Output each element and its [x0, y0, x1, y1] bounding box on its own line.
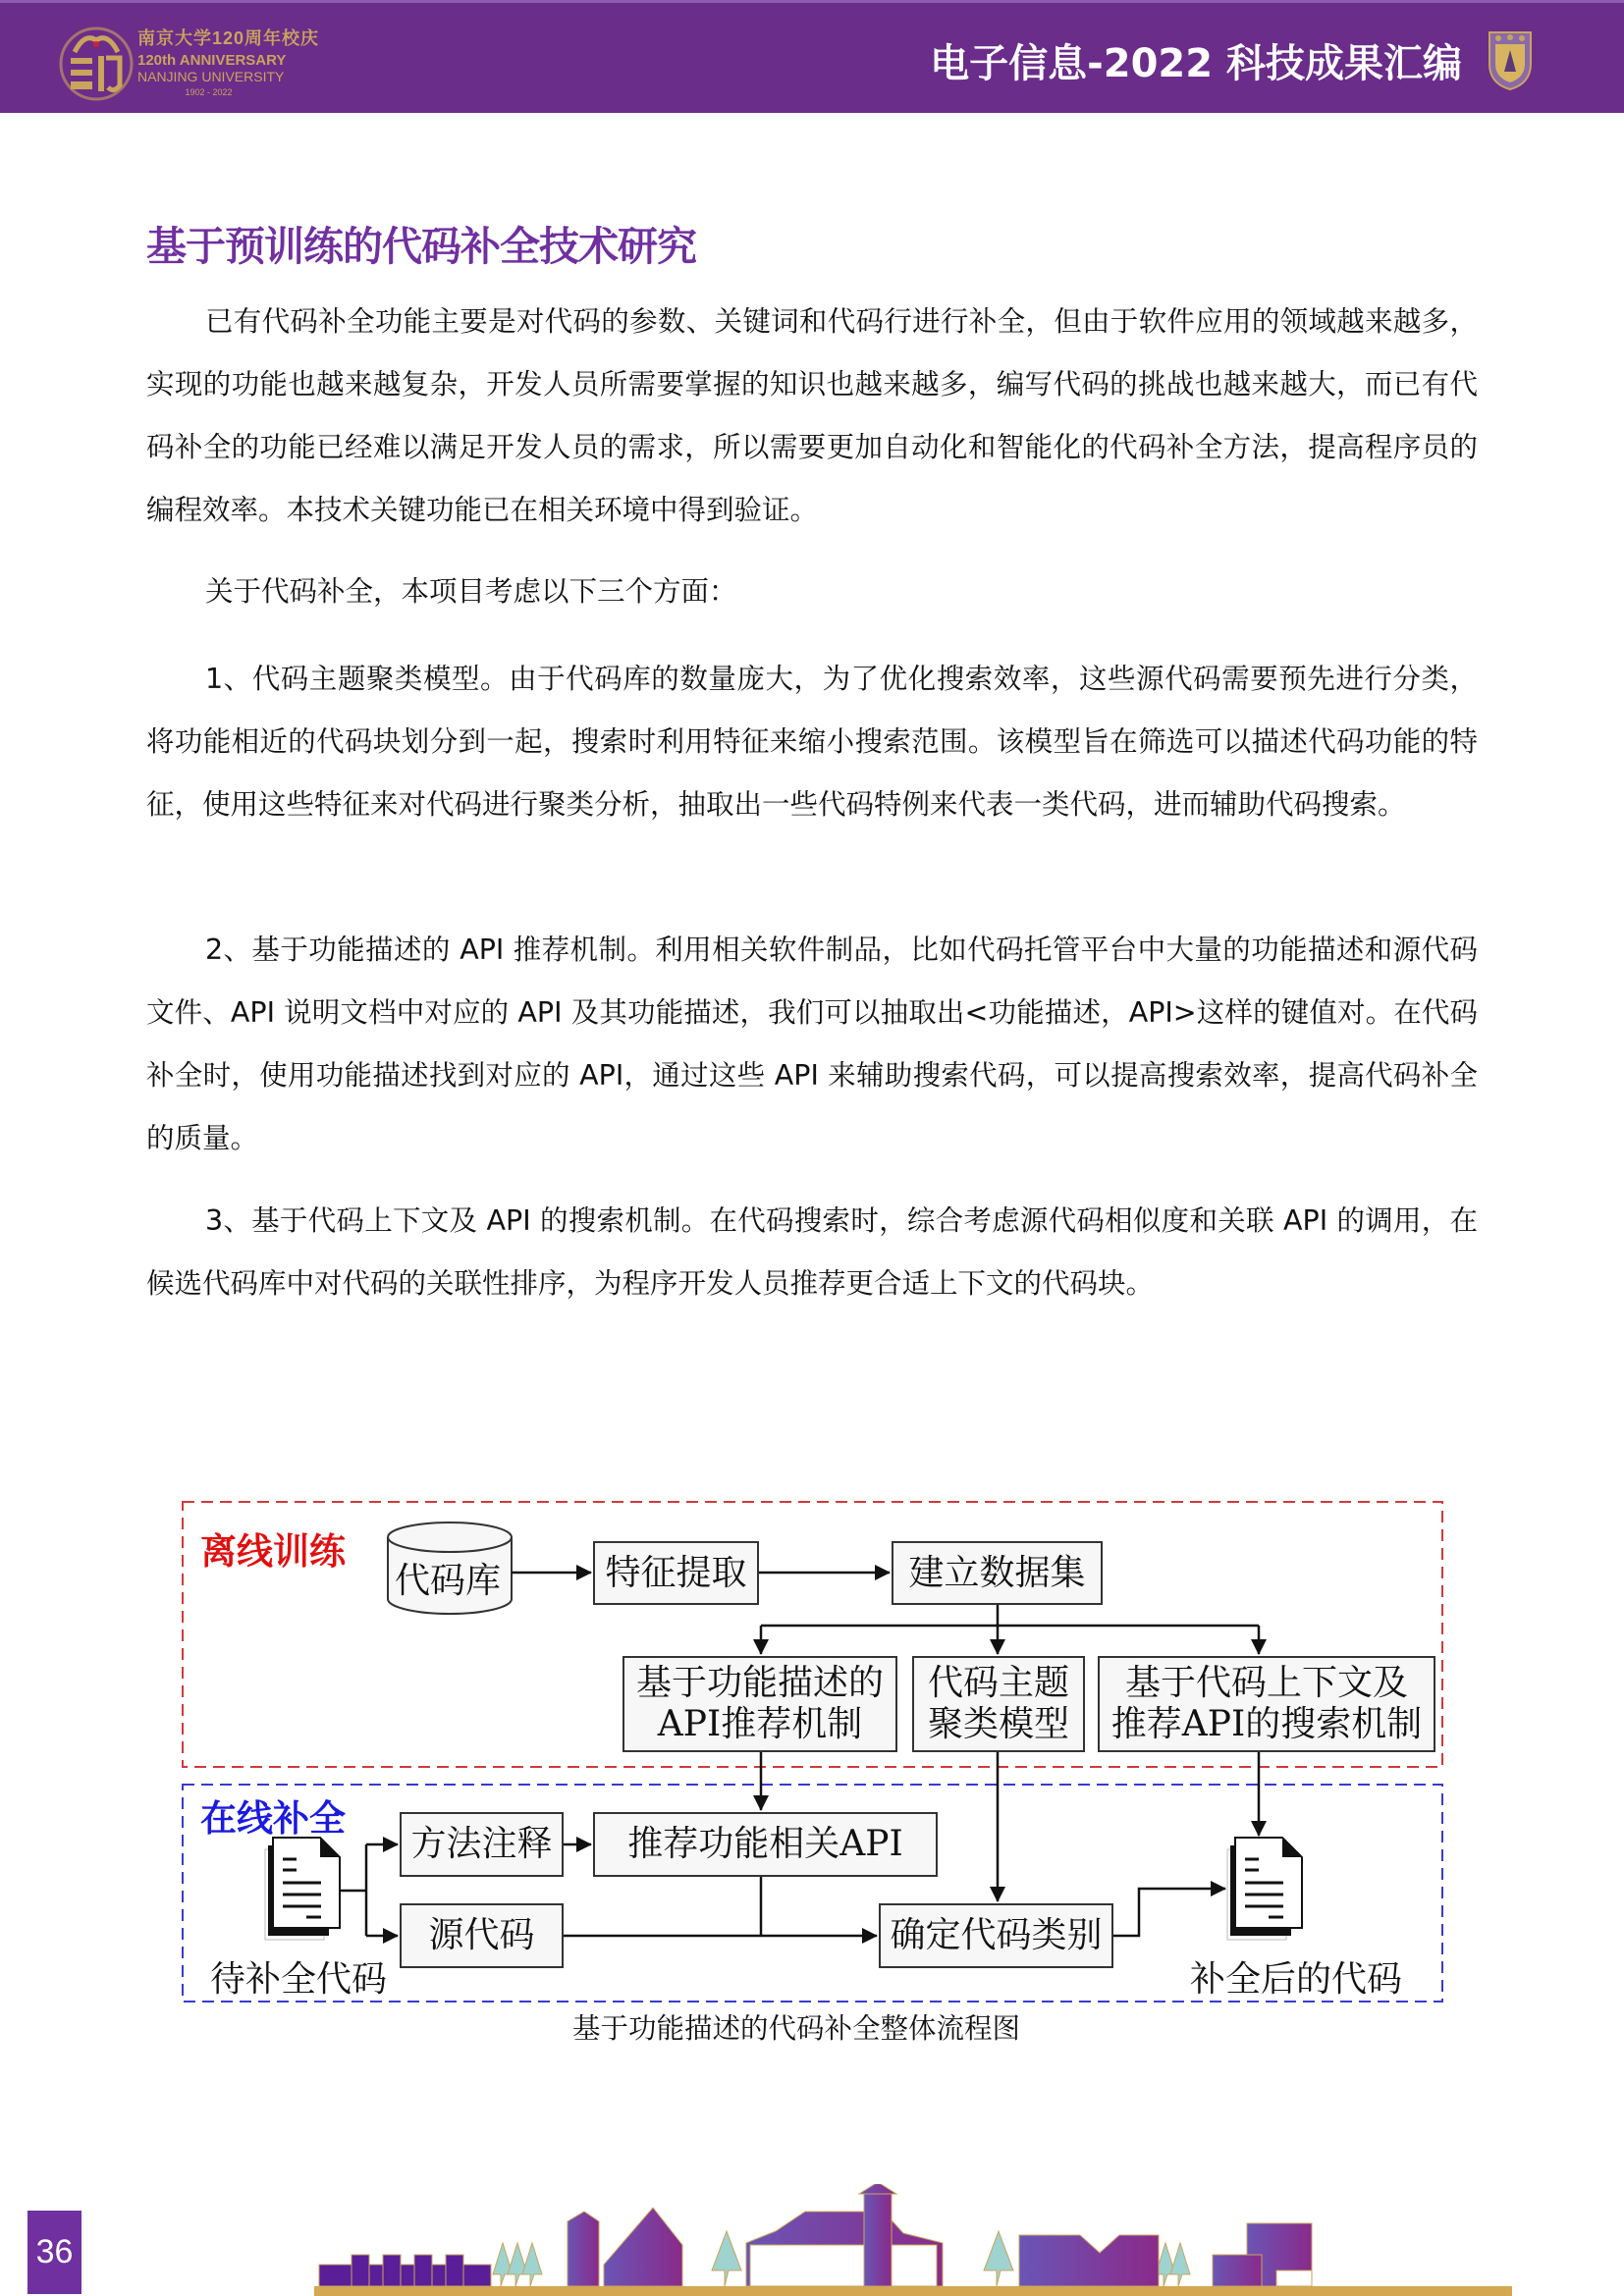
label-input-code: 待补全代码 [210, 1951, 387, 2002]
output-document-icon [1227, 1838, 1302, 1940]
node-source-code: 源代码 [400, 1903, 564, 1968]
node-topic-cluster: 代码主题 聚类模型 [912, 1656, 1085, 1752]
label-output-code: 补全后的代码 [1190, 1951, 1402, 2002]
page-number: 36 [27, 2211, 81, 2294]
input-document-icon [265, 1838, 340, 1940]
online-completion-label: 在线补全 [200, 1789, 346, 1842]
node-api-recommend: 基于功能描述的 API推荐机制 [623, 1656, 897, 1752]
node-text-line: 推荐API的搜索机制 [1111, 1704, 1422, 1745]
node-feature-extract: 特征提取 [593, 1541, 759, 1605]
node-text-line: 代码主题 [928, 1663, 1069, 1704]
node-context-search: 基于代码上下文及 推荐API的搜索机制 [1098, 1656, 1435, 1752]
node-text-line: API推荐机制 [658, 1704, 862, 1745]
node-build-dataset: 建立数据集 [892, 1541, 1103, 1605]
offline-training-label: 离线训练 [200, 1522, 346, 1575]
flowchart-diagram: 离线训练 在线补全 代码库 特征提取 建立数据集 基于功能描述的 API推荐机制… [0, 0, 1624, 2296]
node-text-line: 聚类模型 [928, 1704, 1069, 1745]
figure-caption: 基于功能描述的代码补全整体流程图 [572, 2006, 1020, 2047]
campus-skyline-decoration-icon [314, 2184, 1512, 2296]
node-recommend-api: 推荐功能相关API [593, 1812, 938, 1877]
node-text-line: 基于代码上下文及 [1125, 1663, 1408, 1704]
node-text-line: 基于功能描述的 [636, 1663, 884, 1704]
node-method-comment: 方法注释 [400, 1812, 564, 1877]
node-determine-category: 确定代码类别 [879, 1903, 1113, 1968]
node-code-repo: 代码库 [395, 1553, 501, 1603]
